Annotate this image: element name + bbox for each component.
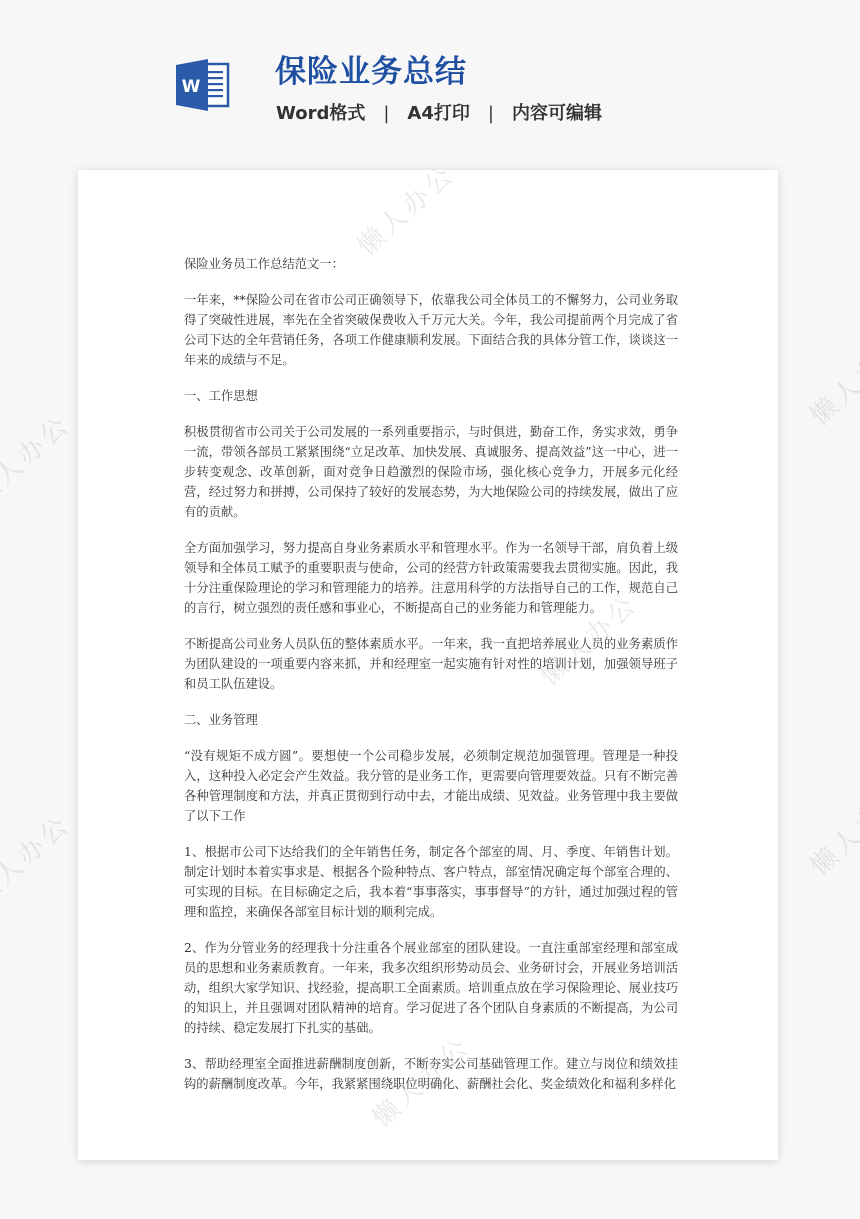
word-document-icon: W (174, 58, 232, 112)
feature-word-format: Word格式 (276, 103, 365, 124)
paragraph: 1、根据市公司下达给我们的全年销售任务，制定各个部室的周、月、季度、年销售计划。… (184, 842, 678, 922)
separator: | (383, 101, 389, 127)
page-title: 保险业务总结 (275, 52, 467, 92)
feature-editable: 内容可编辑 (512, 103, 602, 124)
document-content: 保险业务员工作总结范文一： 一年来，**保险公司在省市公司正确领导下，依靠我公司… (184, 254, 678, 1110)
separator: | (488, 101, 494, 127)
svg-text:W: W (182, 77, 201, 97)
watermark: 懒人办公 (0, 805, 77, 913)
watermark: 懒人办公 (801, 775, 860, 883)
paragraph: 3、帮助经理室全面推进薪酬制度创新，不断夯实公司基础管理工作。建立与岗位和绩效挂… (184, 1054, 678, 1094)
header: W 保险业务总结 Word格式|A4打印|内容可编辑 (0, 0, 860, 150)
paragraph: 2、作为分管业务的经理我十分注重各个展业部室的团队建设。一直注重部室经理和部室成… (184, 938, 678, 1038)
paragraph: 积极贯彻省市公司关于公司发展的一系列重要指示，与时俱进，勤奋工作，务实求效，勇争… (184, 422, 678, 522)
feature-a4-print: A4打印 (407, 103, 469, 124)
document-page: 保险业务员工作总结范文一： 一年来，**保险公司在省市公司正确领导下，依靠我公司… (78, 170, 778, 1160)
doc-title: 保险业务员工作总结范文一： (184, 254, 678, 274)
feature-list: Word格式|A4打印|内容可编辑 (276, 101, 602, 127)
paragraph: 一年来，**保险公司在省市公司正确领导下，依靠我公司全体员工的不懈努力，公司业务… (184, 290, 678, 370)
watermark: 懒人办公 (0, 405, 77, 513)
paragraph: 不断提高公司业务人员队伍的整体素质水平。一年来，我一直把培养展业人员的业务素质作… (184, 634, 678, 694)
paragraph: “没有规矩不成方圆”。要想使一个公司稳步发展，必须制定规范加强管理。管理是一种投… (184, 746, 678, 826)
watermark: 懒人办公 (801, 325, 860, 433)
paragraph: 全方面加强学习，努力提高自身业务素质水平和管理水平。作为一名领导干部，肩负着上级… (184, 538, 678, 618)
section-heading: 一、工作思想 (184, 386, 678, 406)
section-heading: 二、业务管理 (184, 710, 678, 730)
